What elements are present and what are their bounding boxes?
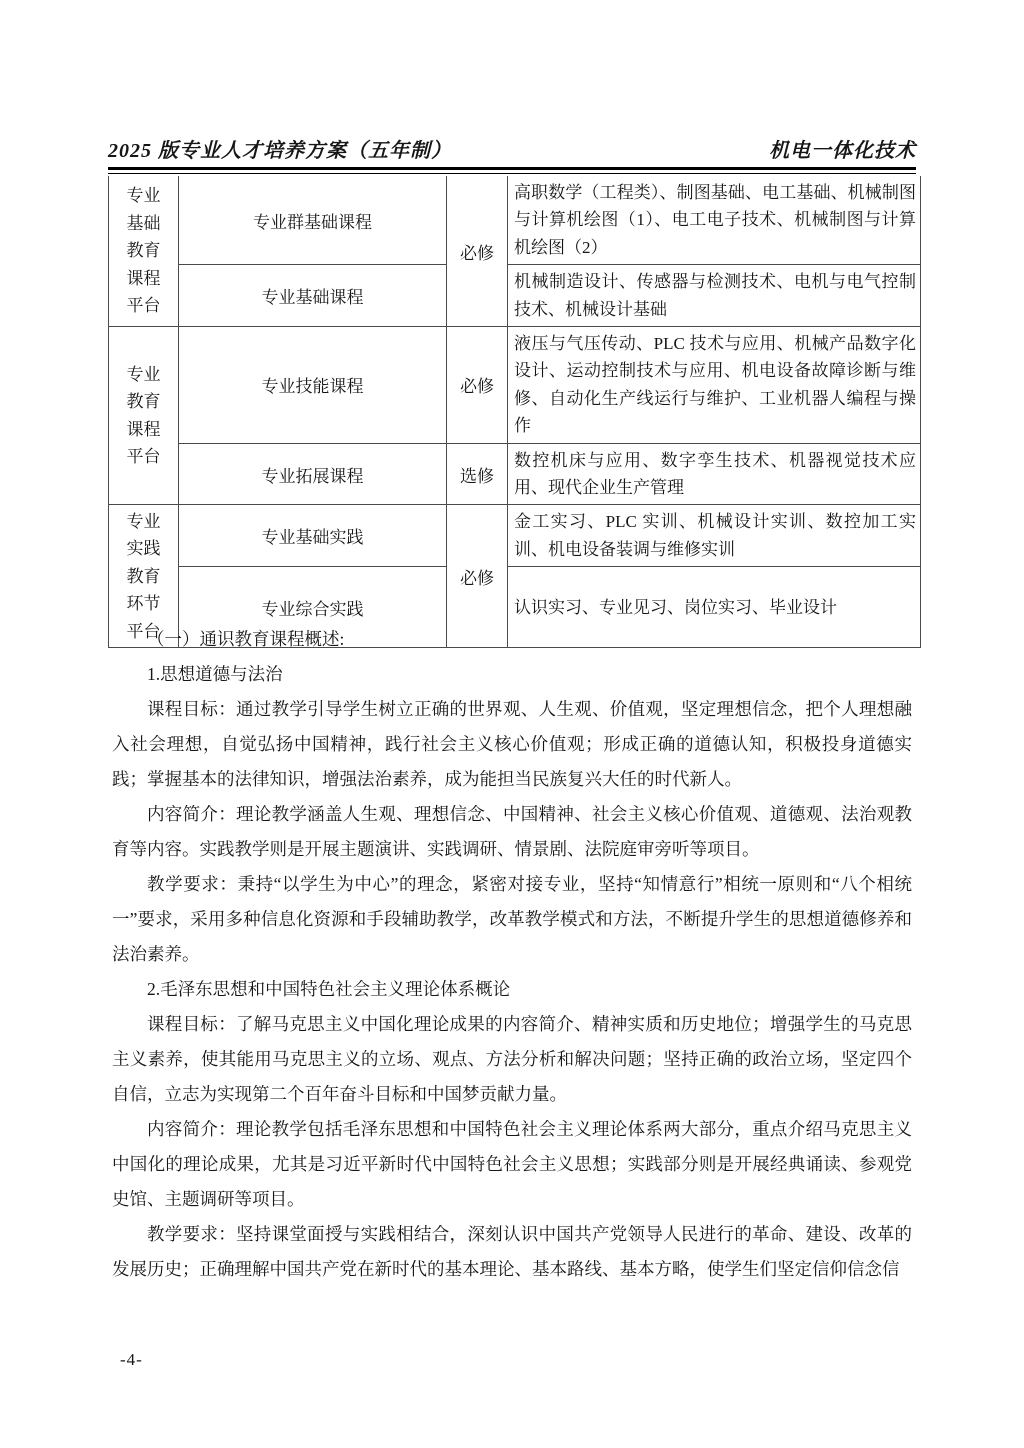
table-row: 专业基础课程 机械制造设计、传感器与检测技术、电机与电气控制技术、机械设计基础: [109, 265, 921, 327]
category-cell: 专业拓展课程: [179, 443, 447, 505]
courses-cell: 金工实习、PLC 实训、机械设计实训、数控加工实训、机电设备装调与维修实训: [508, 505, 921, 567]
table-row: 专业基础教育课程平台 专业群基础课程 必修 高职数学（工程类）、制图基础、电工基…: [109, 176, 921, 265]
paragraph: 课程目标：通过教学引导学生树立正确的世界观、人生观、价值观，坚定理想信念，把个人…: [112, 692, 912, 797]
table-row: 专业教育课程平台 专业技能课程 必修 液压与气压传动、PLC 技术与应用、机械产…: [109, 327, 921, 444]
platform-name: 专业教育课程平台: [125, 361, 163, 471]
curriculum-table: 专业基础教育课程平台 专业群基础课程 必修 高职数学（工程类）、制图基础、电工基…: [108, 176, 921, 648]
courses-text: 高职数学（工程类）、制图基础、电工基础、机械制图与计算机绘图（1）、电工电子技术…: [508, 176, 920, 264]
page-header: 2025 版专业人才培养方案（五年制） 机电一体化技术: [108, 134, 916, 163]
category-cell: 专业群基础课程: [179, 176, 447, 265]
section-heading: （一）通识教育课程概述:: [112, 622, 912, 657]
category-cell: 专业技能课程: [179, 327, 447, 444]
platform-name: 专业基础教育课程平台: [125, 182, 163, 320]
courses-text: 机械制造设计、传感器与检测技术、电机与电气控制技术、机械设计基础: [508, 265, 920, 326]
platform-cell: 专业教育课程平台: [109, 327, 179, 505]
table-row: 专业拓展课程 选修 数控机床与应用、数字孪生技术、机器视觉技术应用、现代企业生产…: [109, 443, 921, 505]
header-left-title: 2025 版专业人才培养方案（五年制）: [108, 134, 452, 163]
courses-text: 金工实习、PLC 实训、机械设计实训、数控加工实训、机电设备装调与维修实训: [508, 505, 920, 566]
paragraph: 课程目标：了解马克思主义中国化理论成果的内容简介、精神实质和历史地位；增强学生的…: [112, 1007, 912, 1112]
courses-text: 液压与气压传动、PLC 技术与应用、机械产品数字化设计、运动控制技术与应用、机电…: [508, 327, 920, 443]
courses-cell: 高职数学（工程类）、制图基础、电工基础、机械制图与计算机绘图（1）、电工电子技术…: [508, 176, 921, 265]
paragraph: 教学要求：坚持课堂面授与实践相结合，深刻认识中国共产党领导人民进行的革命、建设、…: [112, 1217, 912, 1287]
document-page: 2025 版专业人才培养方案（五年制） 机电一体化技术 专业基础教育课程平台 专…: [0, 0, 1024, 1448]
page-number: -4-: [120, 1350, 143, 1370]
courses-text: 认识实习、专业见习、岗位实习、毕业设计: [508, 591, 920, 624]
courses-cell: 液压与气压传动、PLC 技术与应用、机械产品数字化设计、运动控制技术与应用、机电…: [508, 327, 921, 444]
header-double-rule: [108, 167, 916, 174]
paragraph: 内容简介：理论教学涵盖人生观、理想信念、中国精神、社会主义核心价值观、道德观、法…: [112, 797, 912, 867]
header-right-title: 机电一体化技术: [769, 134, 916, 163]
body-text: （一）通识教育课程概述: 1.思想道德与法治 课程目标：通过教学引导学生树立正确…: [112, 622, 912, 1287]
courses-text: 数控机床与应用、数字孪生技术、机器视觉技术应用、现代企业生产管理: [508, 444, 920, 505]
courses-cell: 机械制造设计、传感器与检测技术、电机与电气控制技术、机械设计基础: [508, 265, 921, 327]
courses-cell: 数控机床与应用、数字孪生技术、机器视觉技术应用、现代企业生产管理: [508, 443, 921, 505]
course-heading: 2.毛泽东思想和中国特色社会主义理论体系概论: [112, 972, 912, 1007]
platform-cell: 专业基础教育课程平台: [109, 176, 179, 327]
requirement-cell: 选修: [447, 443, 508, 505]
paragraph: 内容简介：理论教学包括毛泽东思想和中国特色社会主义理论体系两大部分，重点介绍马克…: [112, 1112, 912, 1217]
paragraph: 教学要求：秉持“以学生为中心”的理念，紧密对接专业，坚持“知情意行”相统一原则和…: [112, 867, 912, 972]
category-cell: 专业基础实践: [179, 505, 447, 567]
category-cell: 专业基础课程: [179, 265, 447, 327]
course-heading: 1.思想道德与法治: [112, 657, 912, 692]
table-row: 专业实践教育环节平台 专业基础实践 必修 金工实习、PLC 实训、机械设计实训、…: [109, 505, 921, 567]
requirement-cell: 必修: [447, 176, 508, 327]
requirement-cell: 必修: [447, 327, 508, 444]
